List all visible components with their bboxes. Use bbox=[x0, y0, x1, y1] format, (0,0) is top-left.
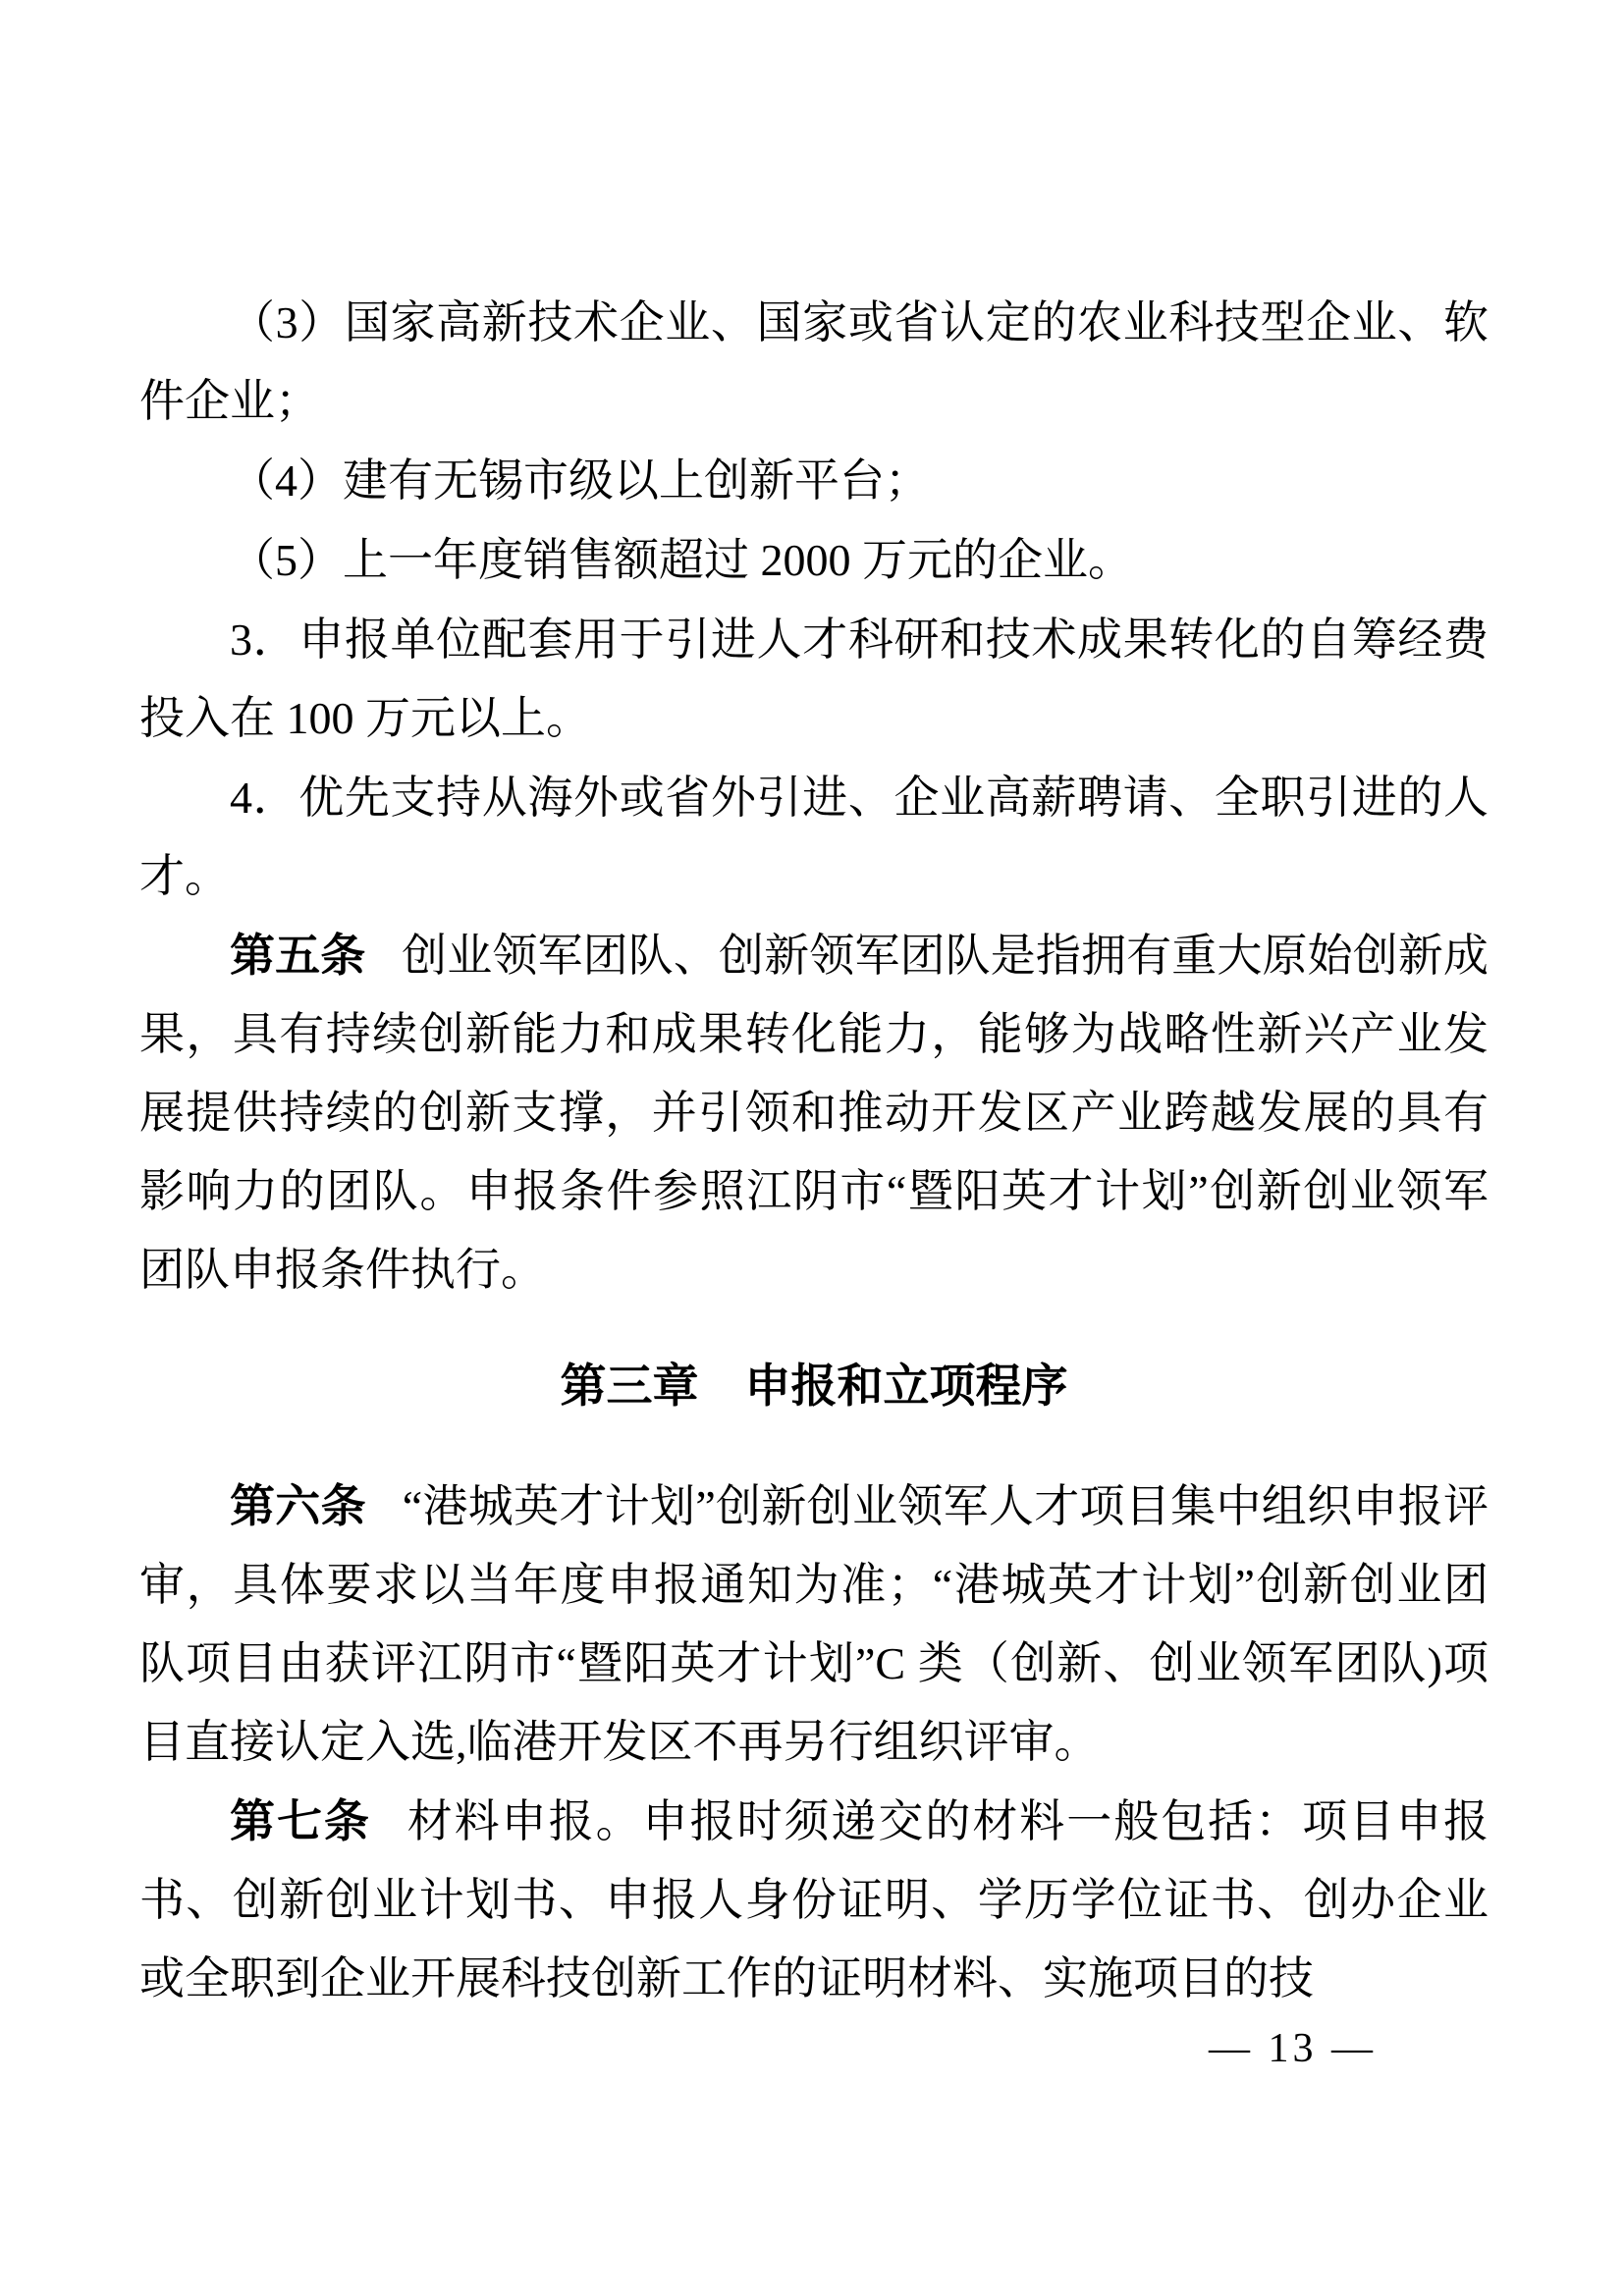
paragraph-text: （5）上一年度销售额超过 2000 万元的企业。 bbox=[230, 535, 1133, 585]
document-page: （3）国家高新技术企业、国家或省认定的农业科技型企业、软件企业； （4）建有无锡… bbox=[0, 0, 1624, 2296]
paragraph-article-7: 第七条材料申报。申报时须递交的材料一般包括：项目申报书、创新创业计划书、申报人身… bbox=[139, 1782, 1489, 2018]
paragraph: （5）上一年度销售额超过 2000 万元的企业。 bbox=[139, 520, 1489, 600]
chapter-heading: 第三章 申报和立项程序 bbox=[139, 1347, 1489, 1425]
page-number: — 13 — bbox=[1209, 2024, 1377, 2073]
paragraph-text: 4．优先支持从海外或省外引进、企业高薪聘请、全职引进的人才。 bbox=[139, 773, 1489, 901]
paragraph: （3）国家高新技术企业、国家或省认定的农业科技型企业、软件企业； bbox=[139, 283, 1489, 441]
paragraph-article-6: 第六条“港城英才计划”创新创业领军人才项目集中组织申报评审，具体要求以当年度申报… bbox=[139, 1467, 1489, 1782]
paragraph-text: 创业领军团队、创新领军团队是指拥有重大原始创新成果，具有持续创新能力和成果转化能… bbox=[139, 931, 1489, 1295]
paragraph-text: （3）国家高新技术企业、国家或省认定的农业科技型企业、软件企业； bbox=[139, 297, 1489, 426]
paragraph-text: （4）建有无锡市级以上创新平台； bbox=[230, 455, 930, 506]
paragraph: （4）建有无锡市级以上创新平台； bbox=[139, 441, 1489, 520]
paragraph-text: 3．申报单位配套用于引进人才科研和技术成果转化的自筹经费投入在 100 万元以上… bbox=[139, 614, 1489, 743]
paragraph-article-5: 第五条创业领军团队、创新领军团队是指拥有重大原始创新成果，具有持续创新能力和成果… bbox=[139, 916, 1489, 1309]
article-number-label: 第七条 bbox=[230, 1795, 371, 1846]
paragraph: 4．优先支持从海外或省外引进、企业高薪聘请、全职引进的人才。 bbox=[139, 758, 1489, 916]
article-number-label: 第六条 bbox=[230, 1480, 366, 1531]
paragraph: 3．申报单位配套用于引进人才科研和技术成果转化的自筹经费投入在 100 万元以上… bbox=[139, 600, 1489, 758]
article-number-label: 第五条 bbox=[230, 930, 365, 981]
